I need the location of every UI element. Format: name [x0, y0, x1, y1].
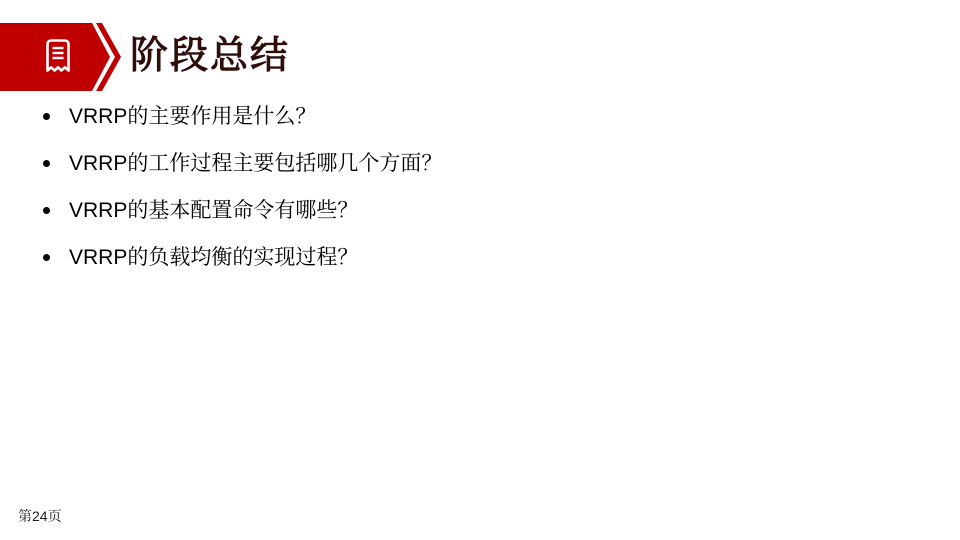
list-item: VRRP的负载均衡的实现过程？ — [40, 244, 920, 268]
bullet-text: VRRP的负载均衡的实现过程？ — [69, 241, 358, 271]
page-title: 阶段总结 — [130, 34, 290, 78]
list-item: VRRP的工作过程主要包括哪几个方面？ — [40, 150, 920, 174]
list-item: VRRP的主要作用是什么？ — [40, 103, 920, 127]
bullet-dot-icon — [43, 207, 50, 214]
list-item: VRRP的基本配置命令有哪些？ — [40, 197, 920, 221]
bullet-text: VRRP的基本配置命令有哪些？ — [69, 194, 358, 224]
bullet-dot-icon — [43, 113, 50, 120]
bullet-list: VRRP的主要作用是什么？VRRP的工作过程主要包括哪几个方面？VRRP的基本配… — [40, 103, 920, 291]
bullet-dot-icon — [43, 254, 50, 261]
bullet-text: VRRP的工作过程主要包括哪几个方面？ — [69, 147, 442, 177]
page-number: 第24页 — [18, 506, 62, 526]
bullet-text: VRRP的主要作用是什么？ — [69, 100, 316, 130]
slide: 阶段总结 VRRP的主要作用是什么？VRRP的工作过程主要包括哪几个方面？VRR… — [0, 0, 960, 540]
bullet-dot-icon — [43, 160, 50, 167]
header-banner — [0, 23, 125, 91]
receipt-icon — [43, 37, 73, 75]
